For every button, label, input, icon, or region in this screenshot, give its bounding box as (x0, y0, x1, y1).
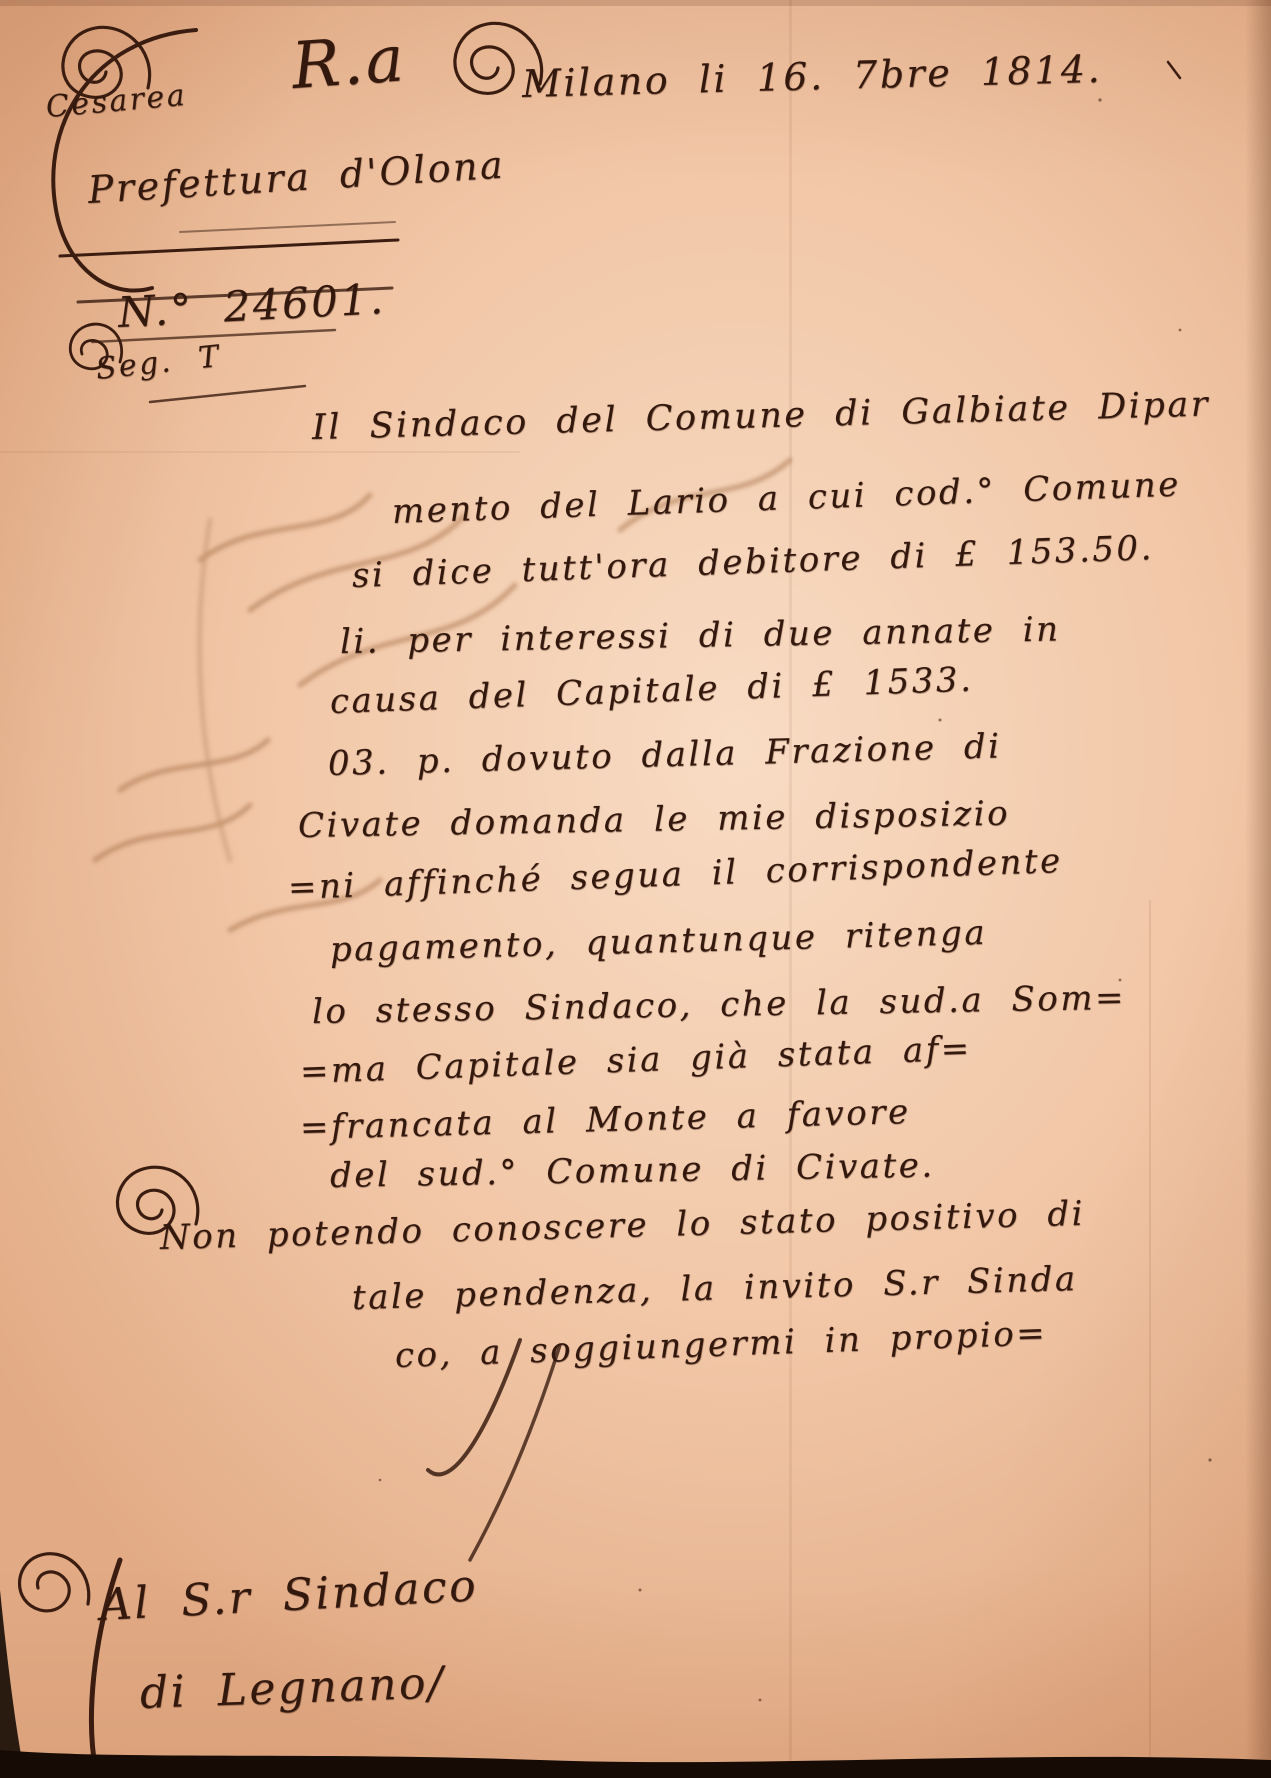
body-line-12: =francata al Monte a favore (299, 1092, 911, 1148)
body-line-16: co, a soggiungermi in propio= (394, 1313, 1048, 1376)
body-line-4: li. per interessi di due annate in (340, 609, 1061, 662)
flourish-descender-ff-2 (470, 1345, 560, 1560)
dateline: Milano li 16. 7bre 1814. (521, 47, 1102, 106)
top-edge-shadow (0, 0, 1271, 6)
section-label: Seg. T (94, 339, 223, 387)
authority-monogram: R.a (289, 22, 408, 104)
body-line-2: mento del Lario a cui cod.° Comune (391, 464, 1181, 532)
body-line-13: del sud.° Comune di Civate. (330, 1145, 935, 1196)
body-line-15: tale pendenza, la invito S.r Sinda (351, 1259, 1078, 1318)
right-edge-shadow (1245, 0, 1271, 1778)
section-overline (150, 386, 305, 402)
authority-prefix: Cesarea (44, 78, 188, 125)
letter-page: Cesarea R.a Prefettura d'Olona N.° 24601… (0, 0, 1271, 1778)
body-line-3: si dice tutt'ora debitore di £ 153.50. (351, 528, 1154, 596)
office-underline-2 (180, 222, 395, 232)
office-title: Prefettura d'Olona (87, 143, 507, 212)
scan-edge-bottom (0, 1750, 1271, 1778)
body-line-11: =ma Capitale sia già stata af= (299, 1029, 972, 1092)
body-line-10: lo stesso Sindaco, che la sud.a Som= (312, 978, 1127, 1032)
addressee-line-1: Al S.r Sindaco (99, 1560, 480, 1631)
body-line-1: Il Sindaco del Comune di Galbiate Dipar (311, 384, 1210, 447)
flourish-spiral-footer (20, 1554, 89, 1611)
body-line-7: Civate domanda le mie disposizio (298, 794, 1011, 846)
body-line-14: Non potendo conoscere lo stato positivo … (159, 1194, 1085, 1258)
body-line-5: causa del Capitale di £ 1533. (329, 660, 974, 722)
date-tick (1168, 62, 1180, 78)
body-line-8: =ni affinché segua il corrispondente (287, 841, 1063, 908)
office-underline (60, 240, 398, 256)
flourish-capital-c (53, 30, 196, 291)
body-line-9: pagamento, quantunque ritenga (329, 913, 987, 970)
protocol-number: N.° 24601. (117, 274, 387, 337)
scan-edge-bottom-left (0, 1590, 22, 1760)
addressee-line-2: di Legnano/ (139, 1657, 446, 1719)
body-line-6: 03. p. dovuto dalla Frazione di (327, 726, 1002, 784)
